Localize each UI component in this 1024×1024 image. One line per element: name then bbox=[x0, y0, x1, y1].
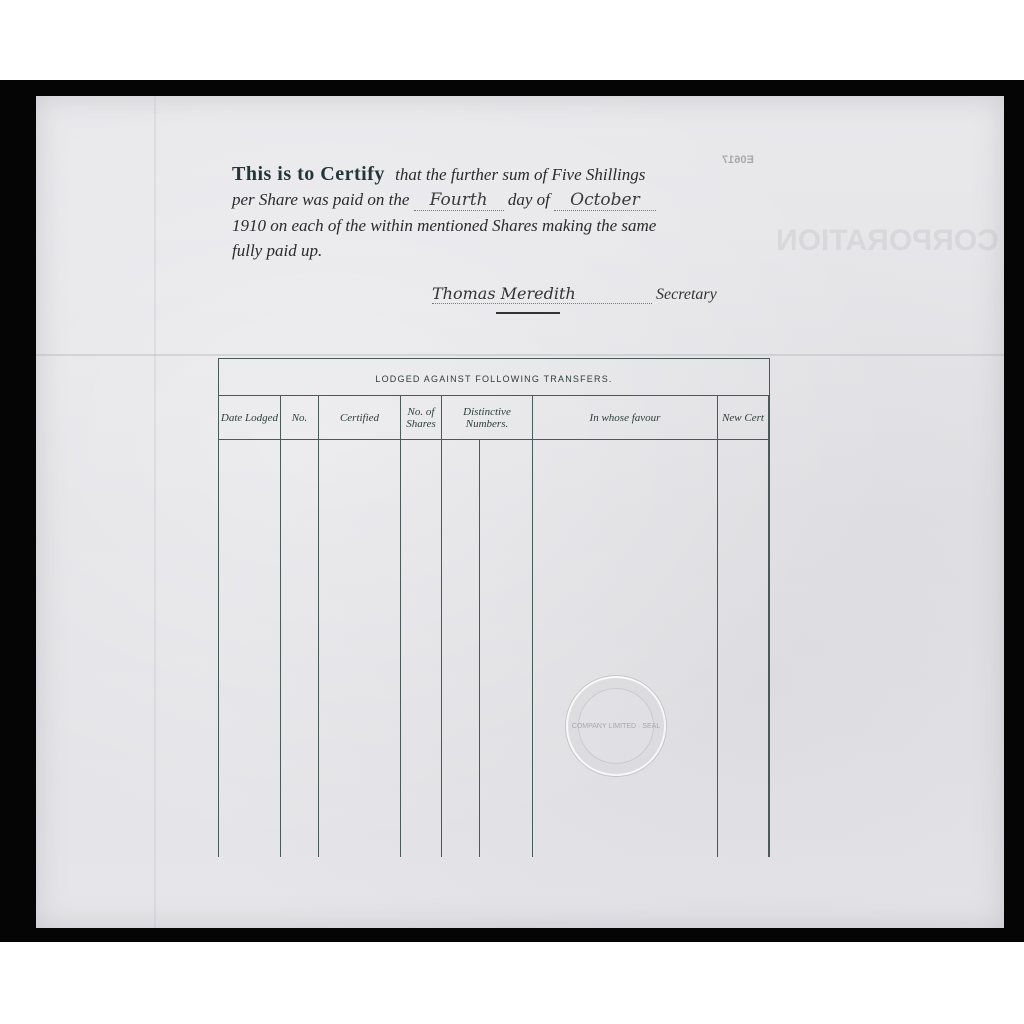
embossed-company-seal: COMPANY LIMITED · SEAL bbox=[566, 676, 666, 776]
signatory-title: Secretary bbox=[656, 286, 717, 303]
paper-fold-vertical bbox=[154, 96, 156, 928]
payment-month: October bbox=[554, 190, 656, 211]
column-header: New Cert bbox=[718, 396, 768, 440]
column-in-whose-favour: In whose favour bbox=[533, 396, 718, 857]
transfers-table: LODGED AGAINST FOLLOWING TRANSFERS. Date… bbox=[218, 358, 770, 857]
paper-fold-horizontal bbox=[36, 354, 1004, 356]
certify-heading: This is to Certify bbox=[232, 163, 385, 185]
transfers-table-columns: Date Lodged No. Certified No. of Shares … bbox=[219, 396, 769, 857]
payment-certification: This is to Certify that the further sum … bbox=[232, 162, 792, 263]
distinctive-numbers-subdivider bbox=[479, 440, 480, 857]
column-header: No. of Shares bbox=[401, 396, 441, 440]
transfers-table-title: LODGED AGAINST FOLLOWING TRANSFERS. bbox=[219, 359, 769, 396]
column-number: No. bbox=[281, 396, 319, 857]
certify-line-3: 1910 on each of the within mentioned Sha… bbox=[232, 213, 792, 238]
certify-line-4: fully paid up. bbox=[232, 238, 792, 263]
share-certificate-reverse: CORPORATION E0617 This is to Certify tha… bbox=[36, 96, 1004, 928]
secretary-signature: Thomas Meredith bbox=[432, 284, 652, 304]
column-date-lodged: Date Lodged bbox=[219, 396, 281, 857]
column-certified: Certified bbox=[319, 396, 401, 857]
column-header: In whose favour bbox=[533, 396, 717, 440]
signature-block: Thomas Meredith Secretary bbox=[432, 284, 742, 304]
column-distinctive-numbers: Distinctive Numbers. bbox=[442, 396, 533, 857]
column-new-cert: New Cert bbox=[718, 396, 769, 857]
column-header: Date Lodged bbox=[219, 396, 280, 440]
certify-line-1: that the further sum of Five Shillings bbox=[395, 165, 645, 184]
certify-line-2-mid: day of bbox=[508, 190, 550, 209]
bleed-through-text: CORPORATION bbox=[776, 224, 999, 258]
certify-line-2-prefix: per Share was paid on the bbox=[232, 190, 409, 209]
payment-day: Fourth bbox=[414, 190, 504, 211]
column-header: Distinctive Numbers. bbox=[442, 396, 532, 440]
column-number-of-shares: No. of Shares bbox=[401, 396, 442, 857]
column-header: No. bbox=[281, 396, 318, 440]
signature-underline bbox=[496, 312, 560, 314]
column-header: Certified bbox=[319, 396, 400, 440]
